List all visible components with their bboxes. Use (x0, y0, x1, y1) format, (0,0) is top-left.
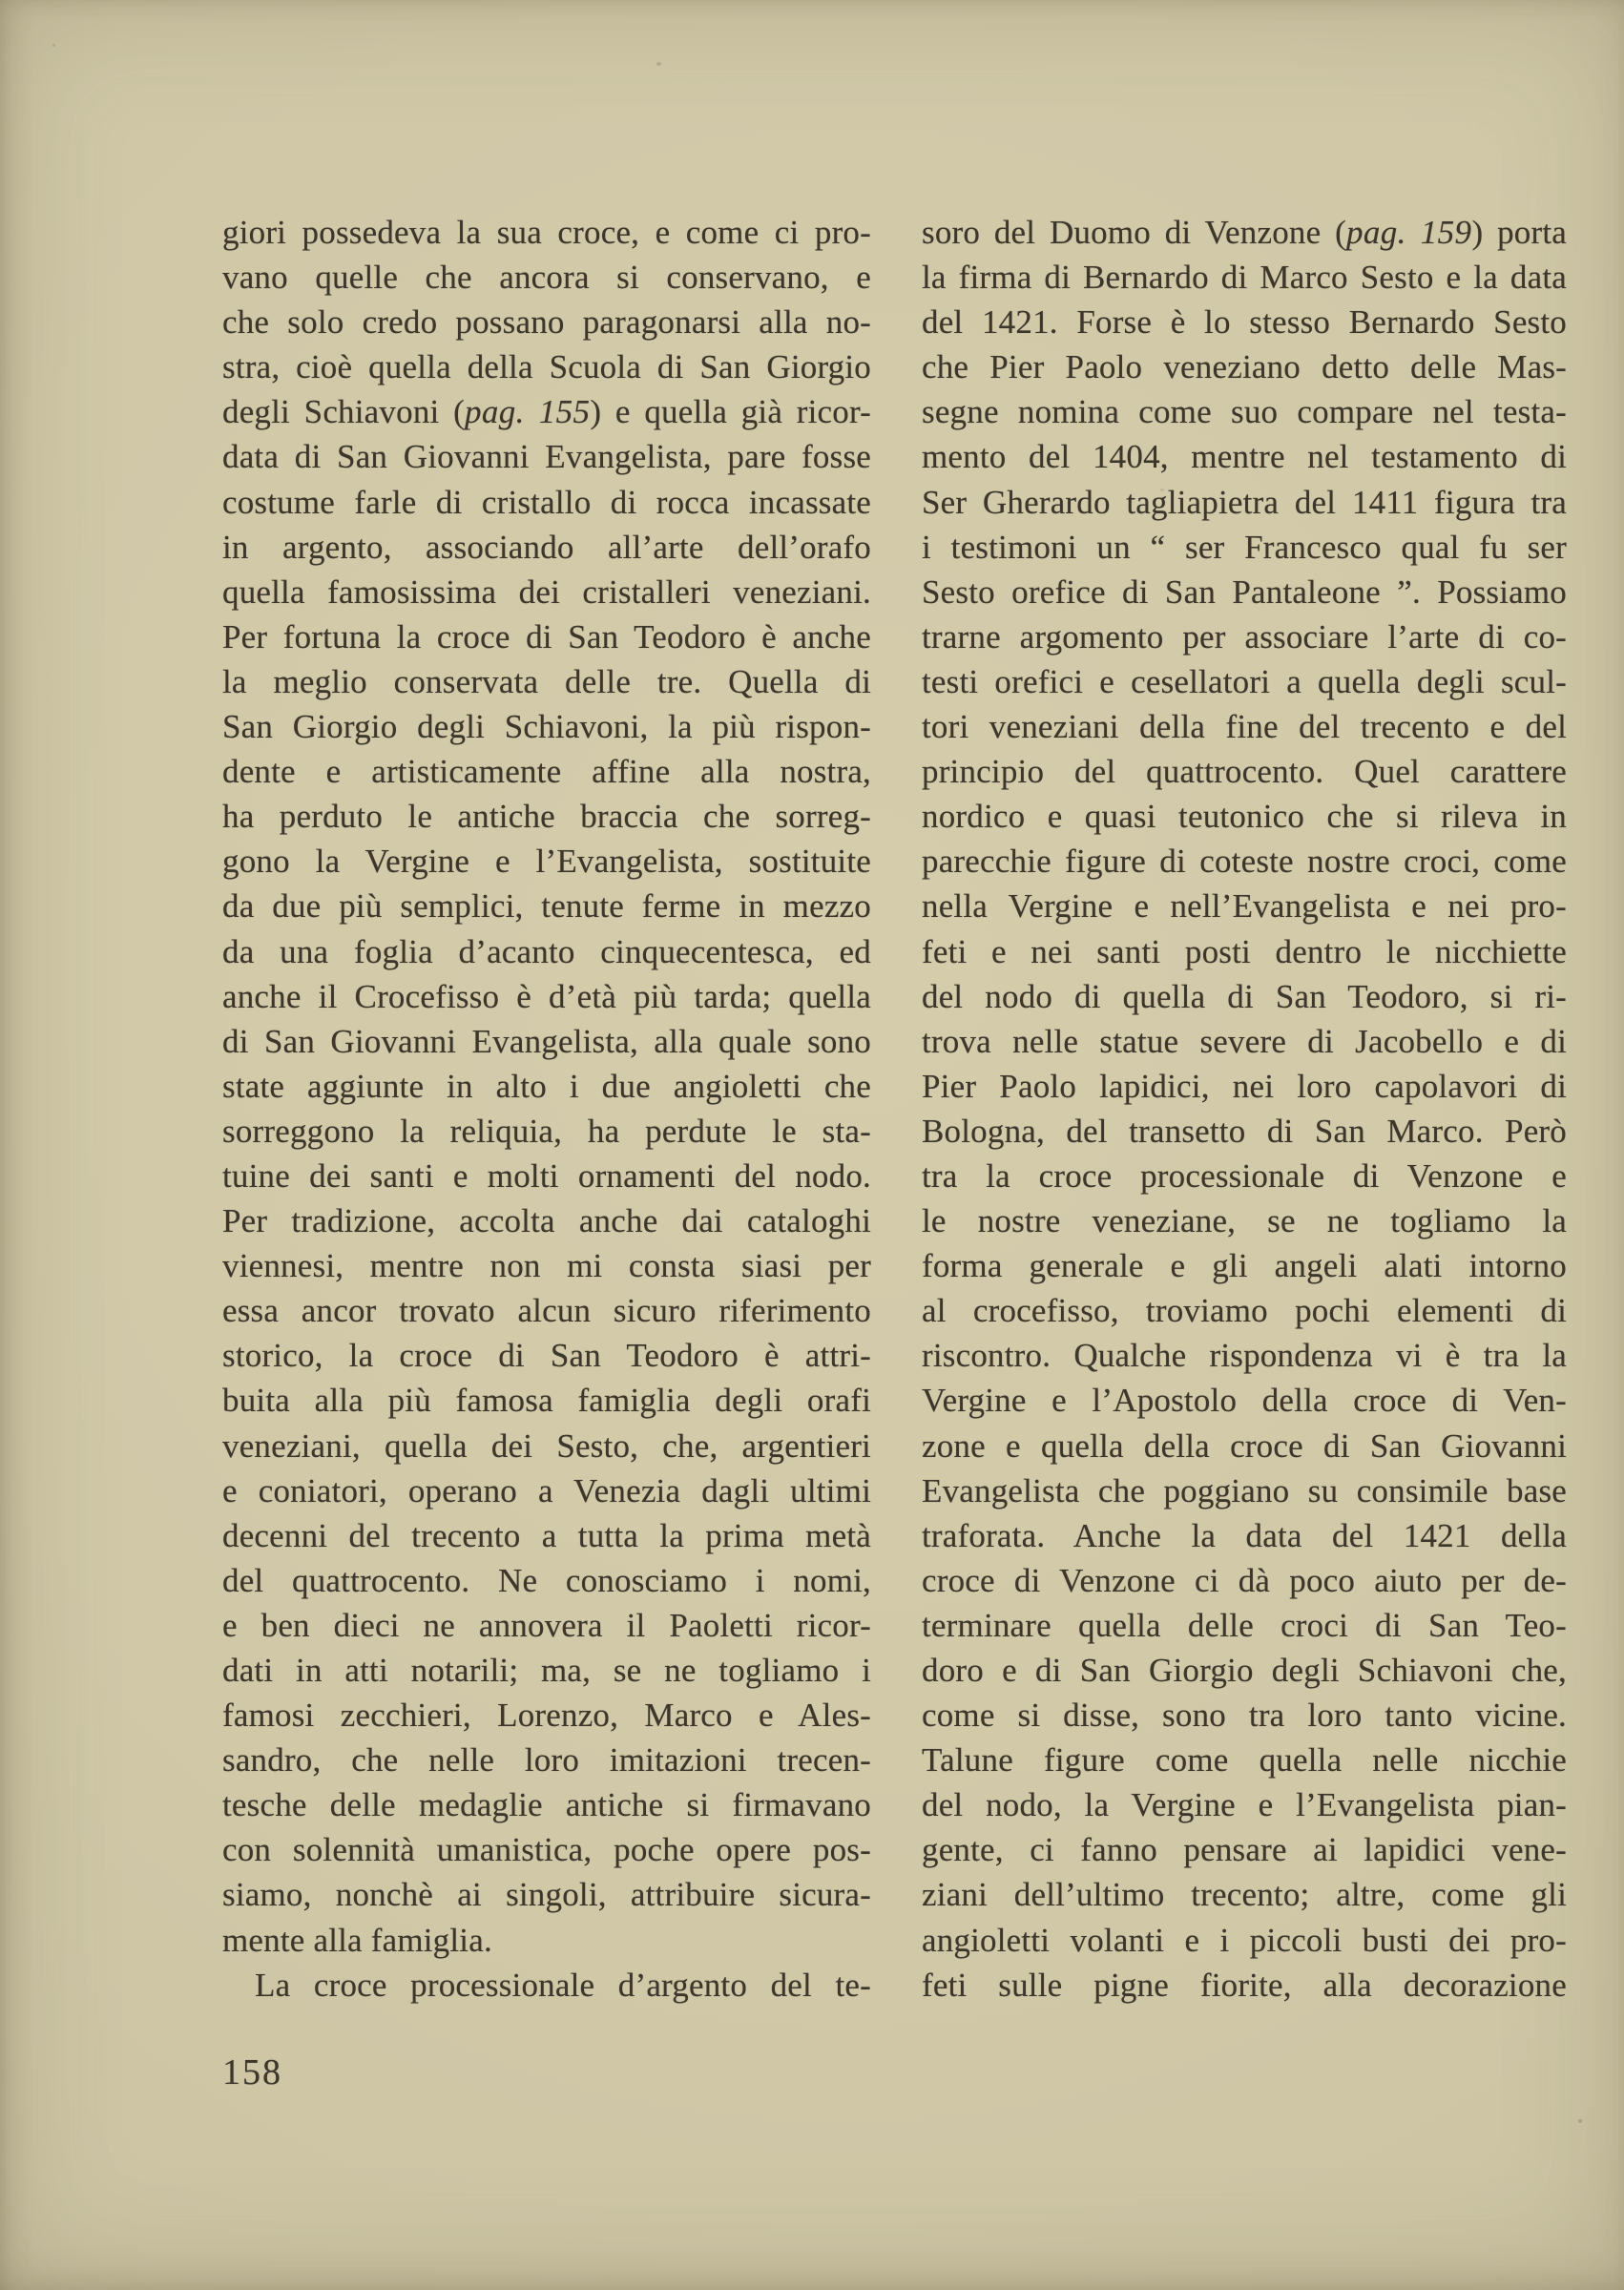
text-line: principio del quattrocento. Quel caratte… (922, 749, 1567, 794)
text-line: ziani dell’ultimo trecento; altre, come … (922, 1872, 1567, 1917)
text-line: i testimoni un “ ser Francesco qual fu s… (922, 525, 1567, 570)
text-line: sandro, che nelle loro imitazioni trecen… (222, 1738, 871, 1782)
text-line: viennesi, mentre non mi consta siasi per (222, 1243, 871, 1288)
text-column-right: soro del Duomo di Venzone (pag. 159) por… (922, 210, 1567, 2008)
text-line: Bologna, del transetto di San Marco. Per… (922, 1109, 1567, 1154)
text-line: mento del 1404, mentre nel testamento di (922, 434, 1567, 479)
text-line: decenni del trecento a tutta la prima me… (222, 1513, 871, 1558)
text-line: del nodo, la Vergine e l’Evangelista pia… (922, 1782, 1567, 1827)
text-line: segne nomina come suo compare nel testa- (922, 389, 1567, 434)
text-line: tesche delle medaglie antiche si firmava… (222, 1782, 871, 1827)
text-line: parecchie figure di coteste nostre croci… (922, 839, 1567, 884)
text-line: tori veneziani della fine del trecento e… (922, 704, 1567, 749)
text-line: ha perduto le antiche braccia che sorreg… (222, 794, 871, 839)
book-page: giori possedeva la sua croce, e come ci … (0, 0, 1624, 2290)
text-line: Per tradizione, accolta anche dai catalo… (222, 1198, 871, 1243)
text-line: che solo credo possano paragonarsi alla … (222, 300, 871, 344)
text-line: testi orefici e cesellatori a quella deg… (922, 659, 1567, 704)
text-line: zone e quella della croce di San Giovann… (922, 1424, 1567, 1468)
text-line: nordico e quasi teutonico che si rileva … (922, 794, 1567, 839)
text-line: buita alla più famosa famiglia degli ora… (222, 1378, 871, 1423)
text-line: in argento, associando all’arte dell’ora… (222, 525, 871, 570)
text-line: le nostre veneziane, se ne togliamo la (922, 1198, 1567, 1243)
text-line: vano quelle che ancora si conservano, e (222, 255, 871, 300)
text-line: degli Schiavoni (pag. 155) e quella già … (222, 389, 871, 434)
text-line: costume farle di cristallo di rocca inca… (222, 480, 871, 525)
text-line: quella famosissima dei cristalleri venez… (222, 570, 871, 614)
text-line: trova nelle statue severe di Jacobello e… (922, 1019, 1567, 1064)
text-line: feti e nei santi posti dentro le nicchie… (922, 929, 1567, 974)
text-line: del quattrocento. Ne conosciamo i nomi, (222, 1558, 871, 1603)
text-line: nella Vergine e nell’Evangelista e nei p… (922, 884, 1567, 928)
text-line: feti sulle pigne fiorite, alla decorazio… (922, 1963, 1567, 2008)
text-line: Pier Paolo lapidici, nei loro capolavori… (922, 1064, 1567, 1109)
text-line: da due più semplici, tenute ferme in mez… (222, 884, 871, 928)
text-line: croce di Venzone ci dà poco aiuto per de… (922, 1558, 1567, 1603)
text-line: angioletti volanti e i piccoli busti dei… (922, 1918, 1567, 1963)
text-line: famosi zecchieri, Lorenzo, Marco e Ales- (222, 1693, 871, 1738)
text-line: state aggiunte in alto i due angioletti … (222, 1064, 871, 1109)
text-line: Evangelista che poggiano su consimile ba… (922, 1468, 1567, 1513)
text-line: la firma di Bernardo di Marco Sesto e la… (922, 255, 1567, 300)
text-line: con solennità umanistica, poche opere po… (222, 1827, 871, 1872)
text-line: anche il Crocefisso è d’età più tarda; q… (222, 974, 871, 1019)
text-line: Ser Gherardo tagliapietra del 1411 figur… (922, 480, 1567, 525)
text-line: mente alla famiglia. (222, 1918, 871, 1963)
text-line: data di San Giovanni Evangelista, pare f… (222, 434, 871, 479)
text-line: gente, ci fanno pensare ai lapidici vene… (922, 1827, 1567, 1872)
text-line: siamo, nonchè ai singoli, attribuire sic… (222, 1872, 871, 1917)
text-line: dente e artisticamente affine alla nostr… (222, 749, 871, 794)
text-line: storico, la croce di San Teodoro è attri… (222, 1333, 871, 1378)
text-line: la meglio conservata delle tre. Quella d… (222, 659, 871, 704)
text-line: riscontro. Qualche rispondenza vi è tra … (922, 1333, 1567, 1378)
text-line: doro e di San Giorgio degli Schiavoni ch… (922, 1648, 1567, 1693)
text-line: che Pier Paolo veneziano detto delle Mas… (922, 344, 1567, 389)
text-line: forma generale e gli angeli alati intorn… (922, 1243, 1567, 1288)
text-line: come si disse, sono tra loro tanto vicin… (922, 1693, 1567, 1738)
text-line: tra la croce processionale di Venzone e (922, 1154, 1567, 1198)
text-line: Talune figure come quella nelle nicchie (922, 1738, 1567, 1782)
text-line: traforata. Anche la data del 1421 della (922, 1513, 1567, 1558)
text-line: essa ancor trovato alcun sicuro riferime… (222, 1288, 871, 1333)
text-line: La croce processionale d’argento del te- (222, 1963, 871, 2008)
text-line: terminare quella delle croci di San Teo- (922, 1603, 1567, 1648)
text-line: gono la Vergine e l’Evangelista, sostitu… (222, 839, 871, 884)
text-line: trarne argomento per associare l’arte di… (922, 614, 1567, 659)
text-line: giori possedeva la sua croce, e come ci … (222, 210, 871, 255)
text-line: Per fortuna la croce di San Teodoro è an… (222, 614, 871, 659)
text-line: del 1421. Forse è lo stesso Bernardo Ses… (922, 300, 1567, 344)
text-line: sorreggono la reliquia, ha perdute le st… (222, 1109, 871, 1154)
text-line: del nodo di quella di San Teodoro, si ri… (922, 974, 1567, 1019)
paper-speck (52, 44, 55, 47)
text-line: Sesto orefice di San Pantaleone ”. Possi… (922, 570, 1567, 614)
paper-speck (1578, 2119, 1582, 2123)
text-line: tuine dei santi e molti ornamenti del no… (222, 1154, 871, 1198)
paper-speck (656, 62, 661, 66)
text-line: e coniatori, operano a Venezia dagli ult… (222, 1468, 871, 1513)
text-line: dati in atti notarili; ma, se ne togliam… (222, 1648, 871, 1693)
text-line: soro del Duomo di Venzone (pag. 159) por… (922, 210, 1567, 255)
text-line: Vergine e l’Apostolo della croce di Ven- (922, 1378, 1567, 1423)
text-line: stra, cioè quella della Scuola di San Gi… (222, 344, 871, 389)
page-number: 158 (222, 2051, 282, 2093)
text-line: veneziani, quella dei Sesto, che, argent… (222, 1424, 871, 1468)
text-line: di San Giovanni Evangelista, alla quale … (222, 1019, 871, 1064)
text-line: e ben dieci ne annovera il Paoletti rico… (222, 1603, 871, 1648)
text-line: al crocefisso, troviamo pochi elementi d… (922, 1288, 1567, 1333)
text-column-left: giori possedeva la sua croce, e come ci … (222, 210, 871, 2008)
text-line: San Giorgio degli Schiavoni, la più risp… (222, 704, 871, 749)
text-line: da una foglia d’acanto cinquecentesca, e… (222, 929, 871, 974)
